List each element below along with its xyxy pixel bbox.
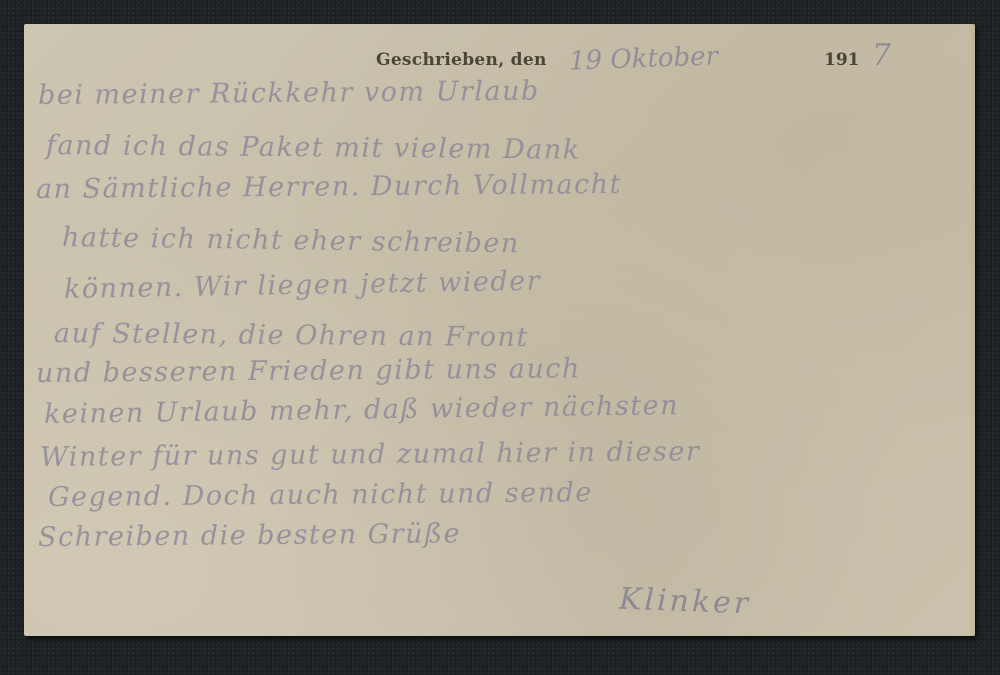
letter-line: hatte ich nicht eher schreiben <box>62 222 520 259</box>
postcard: Geschrieben, den 19 Oktober 191 7 bei me… <box>24 24 975 636</box>
signature: Klinker <box>618 582 751 622</box>
letter-line: und besseren Frieden gibt uns auch <box>36 353 581 389</box>
letter-line: Winter für uns gut und zumal hier in die… <box>40 436 700 473</box>
letter-line: fand ich das Paket mit vielem Dank <box>46 130 581 166</box>
letter-line: keinen Urlaub mehr, daß wieder nächsten <box>44 390 679 430</box>
letter-line: Schreiben die besten Grüße <box>38 518 461 553</box>
letter-body: bei meiner Rückkehr vom Urlaub fand ich … <box>24 24 975 636</box>
letter-line: auf Stellen, die Ohren an Front <box>54 318 529 353</box>
letter-line: an Sämtliche Herren. Durch Vollmacht <box>36 169 622 205</box>
letter-line: bei meiner Rückkehr vom Urlaub <box>38 76 540 111</box>
letter-line: Gegend. Doch auch nicht und sende <box>48 477 593 513</box>
letter-line: können. Wir liegen jetzt wieder <box>64 266 542 305</box>
